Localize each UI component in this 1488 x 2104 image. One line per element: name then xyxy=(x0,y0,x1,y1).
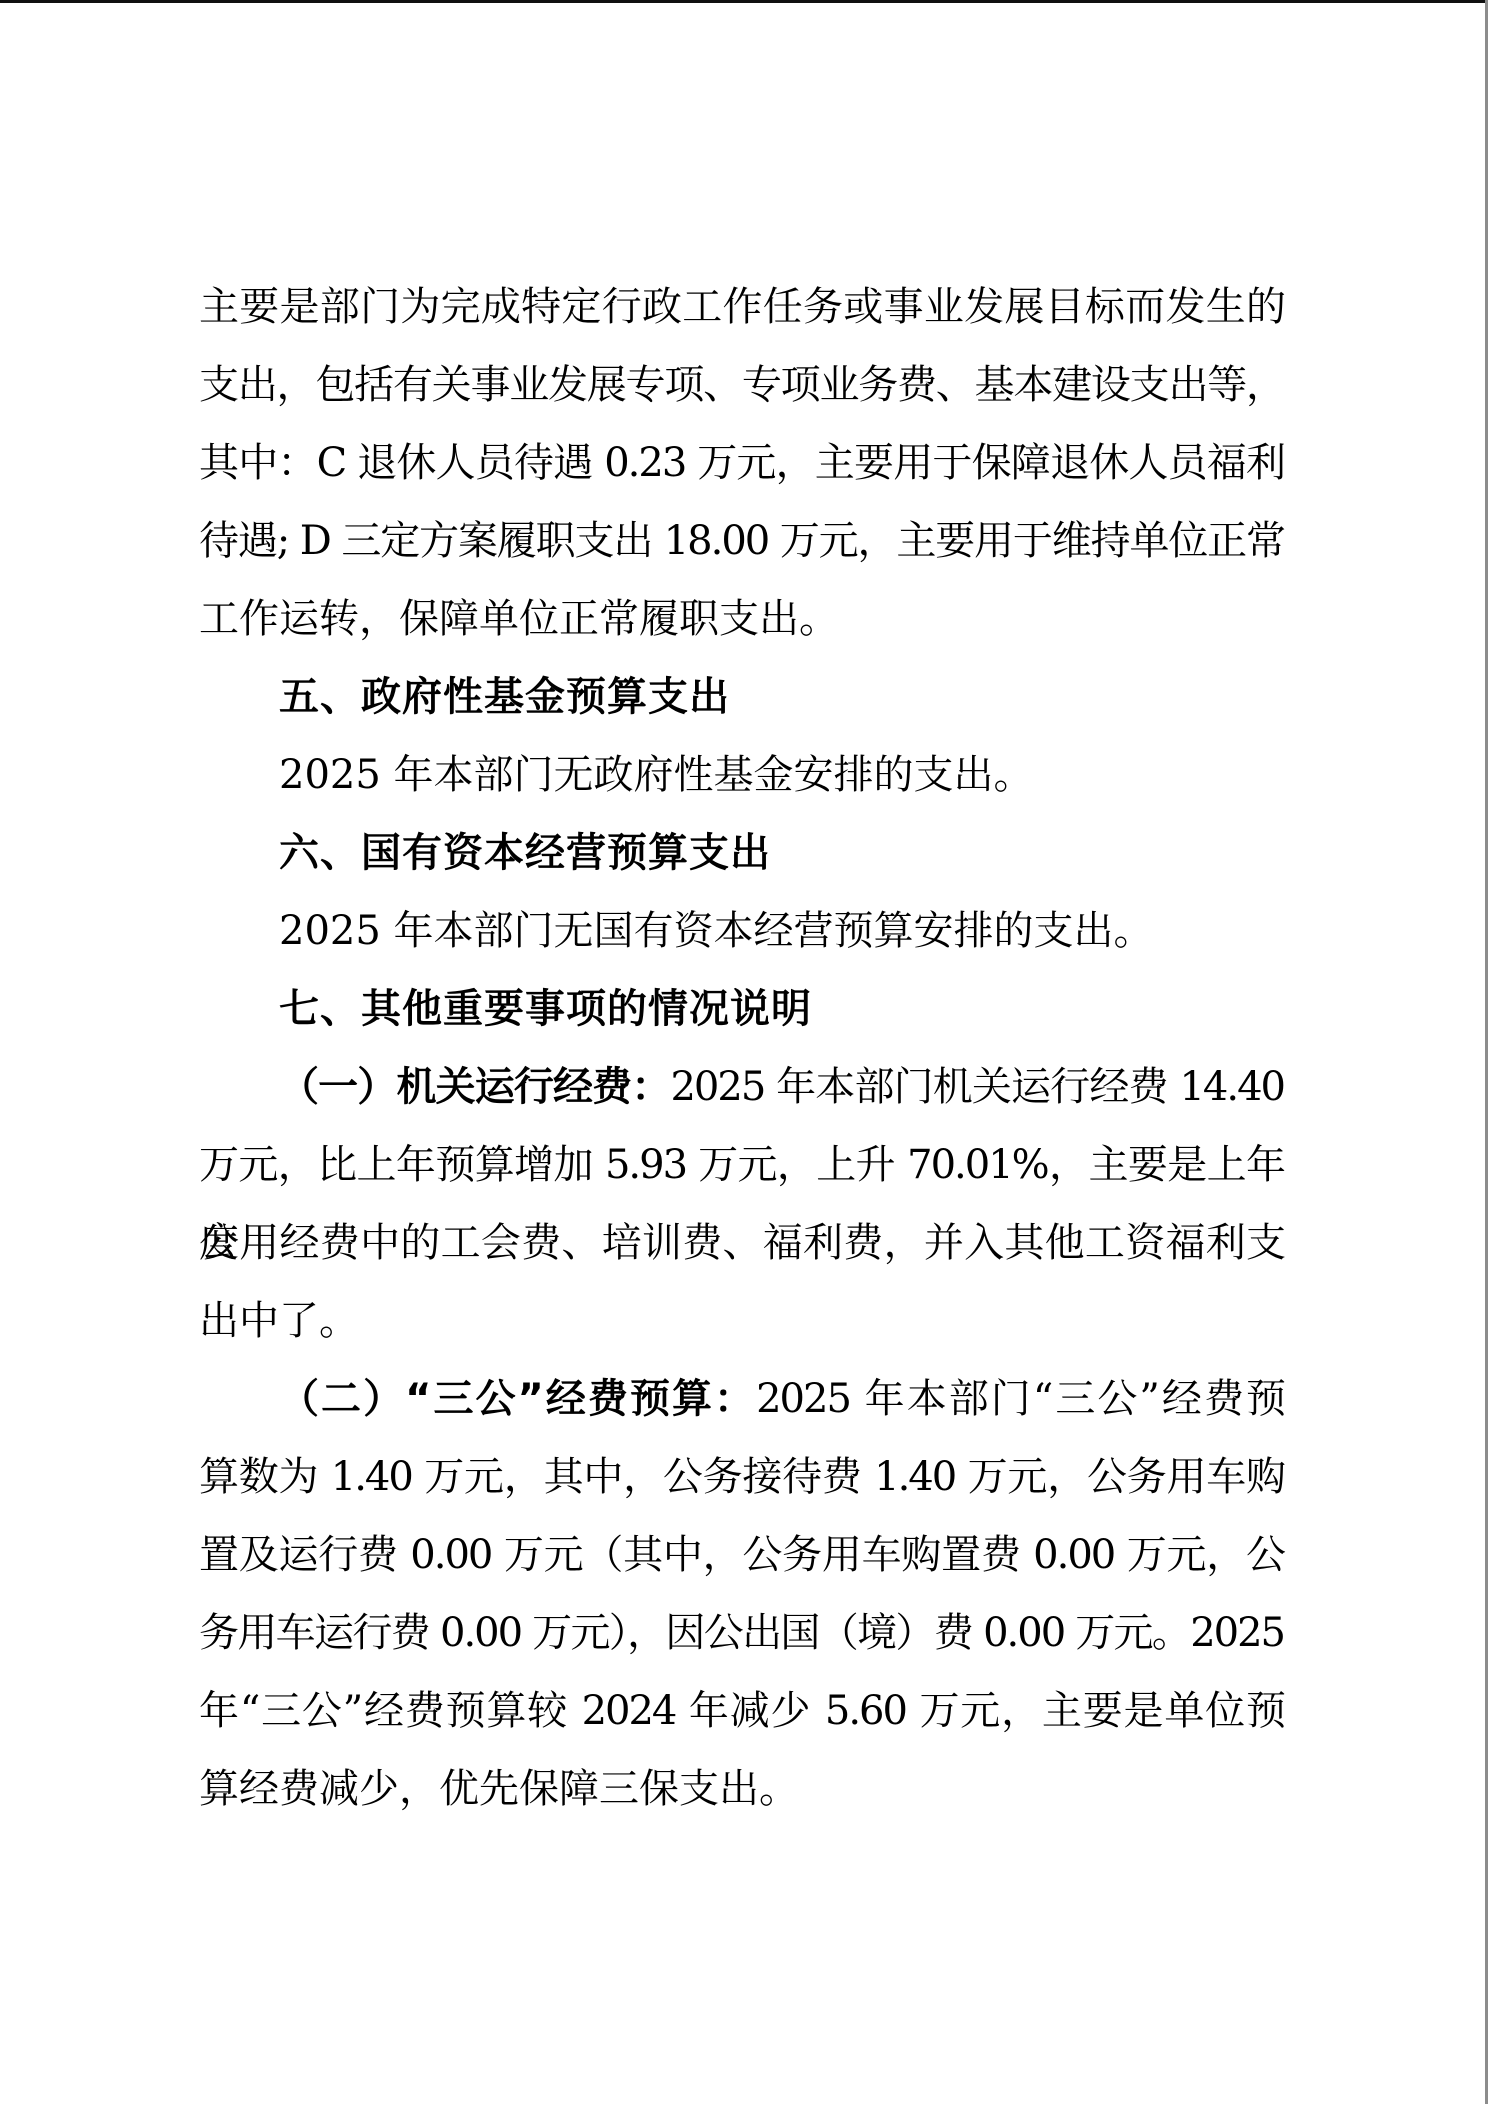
paragraph-line: 置及运行费 0.00 万元（其中，公务用车购置费 0.00 万元，公 xyxy=(199,1516,1284,1594)
bold-text-run: （一）机关运行经费： xyxy=(279,1064,670,1110)
paragraph-line: 2025 年本部门无政府性基金安排的支出。 xyxy=(199,736,1284,814)
text-run: 出中了。 xyxy=(199,1298,359,1344)
section-heading: 五、政府性基金预算支出 xyxy=(199,658,1284,736)
paragraph-line: 算数为 1.40 万元，其中，公务接待费 1.40 万元，公务用车购 xyxy=(199,1438,1284,1516)
bold-text-run: （二）“三公”经费预算： xyxy=(279,1376,756,1422)
text-run: 2025 年本部门无国有资本经营预算安排的支出。 xyxy=(279,908,1154,954)
section-heading: 六、国有资本经营预算支出 xyxy=(199,814,1284,892)
document-body: 主要是部门为完成特定行政工作任务或事业发展目标而发生的支出，包括有关事业发展专项… xyxy=(199,268,1284,1828)
paragraph-line: 主要是部门为完成特定行政工作任务或事业发展目标而发生的 xyxy=(199,268,1284,346)
text-run: 务用车运行费 0.00 万元），因公出国（境）费 0.00 万元。2025 xyxy=(199,1610,1284,1656)
bold-text-run: 六、国有资本经营预算支出 xyxy=(279,830,771,876)
text-run: 2025 年本部门“三公”经费预 xyxy=(756,1376,1284,1422)
text-run: 公用经费中的工会费、培训费、福利费，并入其他工资福利支 xyxy=(199,1220,1284,1266)
paragraph-line: （一）机关运行经费：2025 年本部门机关运行经费 14.40 xyxy=(199,1048,1284,1126)
paragraph-line: 2025 年本部门无国有资本经营预算安排的支出。 xyxy=(199,892,1284,970)
paragraph-line: 待遇; D 三定方案履职支出 18.00 万元，主要用于维持单位正常 xyxy=(199,502,1284,580)
paragraph-line: 出中了。 xyxy=(199,1282,1284,1360)
paragraph-line: 其中：C 退休人员待遇 0.23 万元，主要用于保障退休人员福利 xyxy=(199,424,1284,502)
section-heading: 七、其他重要事项的情况说明 xyxy=(199,970,1284,1048)
text-run: 工作运转，保障单位正常履职支出。 xyxy=(199,596,839,642)
paragraph-line: 万元，比上年预算增加 5.93 万元，上升 70.01%，主要是上年度 xyxy=(199,1126,1284,1204)
text-run: 算经费减少，优先保障三保支出。 xyxy=(199,1766,799,1812)
paragraph-line: 公用经费中的工会费、培训费、福利费，并入其他工资福利支 xyxy=(199,1204,1284,1282)
text-run: 待遇; D 三定方案履职支出 18.00 万元，主要用于维持单位正常 xyxy=(199,518,1284,564)
paragraph-line: 工作运转，保障单位正常履职支出。 xyxy=(199,580,1284,658)
bold-text-run: 五、政府性基金预算支出 xyxy=(279,674,730,720)
text-run: 置及运行费 0.00 万元（其中，公务用车购置费 0.00 万元，公 xyxy=(199,1532,1284,1578)
page-top-rule xyxy=(0,0,1488,3)
paragraph-line: （二）“三公”经费预算：2025 年本部门“三公”经费预 xyxy=(199,1360,1284,1438)
paragraph-line: 支出，包括有关事业发展专项、专项业务费、基本建设支出等， xyxy=(199,346,1284,424)
text-run: 主要是部门为完成特定行政工作任务或事业发展目标而发生的 xyxy=(199,284,1284,330)
text-run: 算数为 1.40 万元，其中，公务接待费 1.40 万元，公务用车购 xyxy=(199,1454,1284,1500)
text-run: 年“三公”经费预算较 2024 年减少 5.60 万元，主要是单位预 xyxy=(199,1688,1284,1734)
bold-text-run: 七、其他重要事项的情况说明 xyxy=(279,986,812,1032)
text-run: 2025 年本部门无政府性基金安排的支出。 xyxy=(279,752,1034,798)
text-run: 支出，包括有关事业发展专项、专项业务费、基本建设支出等， xyxy=(199,362,1284,408)
text-run: 2025 年本部门机关运行经费 14.40 xyxy=(670,1064,1284,1110)
document-page: 主要是部门为完成特定行政工作任务或事业发展目标而发生的支出，包括有关事业发展专项… xyxy=(0,0,1488,2104)
paragraph-line: 务用车运行费 0.00 万元），因公出国（境）费 0.00 万元。2025 xyxy=(199,1594,1284,1672)
text-run: 其中：C 退休人员待遇 0.23 万元，主要用于保障退休人员福利 xyxy=(199,440,1284,486)
paragraph-line: 算经费减少，优先保障三保支出。 xyxy=(199,1750,1284,1828)
paragraph-line: 年“三公”经费预算较 2024 年减少 5.60 万元，主要是单位预 xyxy=(199,1672,1284,1750)
